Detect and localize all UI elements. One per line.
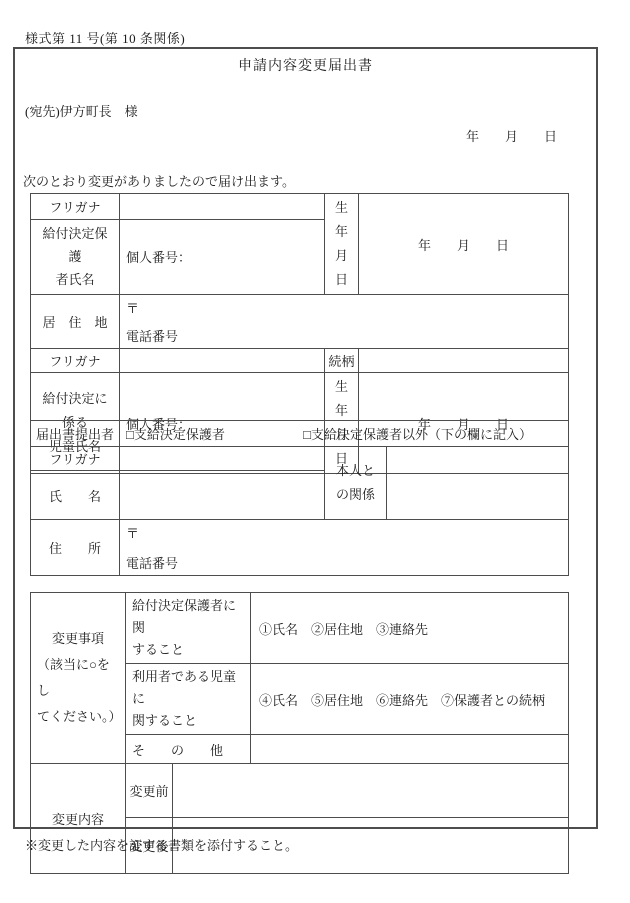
submitter-option-guardian: □支給決定保護者: [126, 427, 225, 442]
before-change-label: 変更前: [126, 764, 173, 818]
guardian-personal-number-cell: 個人番号：: [120, 219, 325, 295]
submitter-relation-label: 本人と の関係: [325, 447, 387, 520]
birthdate-label-line2: 月日: [331, 244, 352, 292]
form-number-label: 様式第 11 号(第 10 条関係): [25, 28, 185, 47]
child-furigana-label: フリガナ: [31, 349, 120, 373]
submitter-type-cell: □支給決定保護者 □支給決定保護者以外（下の欄に記入）: [120, 421, 569, 447]
change-items-label: 変更事項 （該当に○をし てください。）: [31, 593, 126, 764]
submitter-relation-label-line1: 本人と: [331, 459, 380, 483]
submitter-table: 届出書提出者 □支給決定保護者 □支給決定保護者以外（下の欄に記入） フリガナ …: [30, 420, 569, 576]
postal-mark: 〒: [126, 523, 562, 542]
guardian-birthdate-value-cell: 年 月 日: [359, 194, 569, 295]
guardian-name-label-line2: 者氏名: [37, 268, 113, 291]
change-items-label-line2: （該当に○をし: [37, 652, 119, 704]
attachment-footnote: ※変更した内容を証する書類を添付すること。: [25, 835, 298, 854]
guardian-change-label-line2: すること: [132, 639, 244, 661]
relation-label: 続柄: [325, 349, 359, 373]
guardian-furigana-input-cell: [120, 194, 325, 220]
submitter-address-input-cell: 〒 電話番号: [120, 520, 569, 576]
postal-mark: 〒: [126, 298, 562, 317]
change-content-label: 変更内容: [31, 764, 126, 874]
guardian-change-label-line1: 給付決定保護者に関: [132, 595, 244, 639]
before-change-input-cell: [173, 764, 569, 818]
birthdate-label-line1: 生年: [331, 196, 352, 244]
other-change-label: そ の 他: [126, 735, 251, 764]
checkbox-icon: □: [303, 427, 311, 442]
form-border-box: 申請内容変更届出書 (宛先)伊方町長 様 年 月 日 次のとおり変更がありました…: [13, 47, 598, 829]
submitter-row-label: 届出書提出者: [31, 421, 120, 447]
submitter-relation-input-cell: [387, 447, 569, 520]
submitter-option-other-label: 支給決定保護者以外（下の欄に記入）: [311, 427, 532, 442]
phone-label: 電話番号: [126, 326, 562, 345]
child-furigana-input-cell: [120, 349, 325, 373]
other-change-input-cell: [251, 735, 569, 764]
submitter-furigana-label: フリガナ: [31, 447, 120, 471]
child-change-label-line1: 利用者である児童に: [132, 666, 244, 710]
change-items-label-line3: てください。）: [37, 704, 119, 730]
submitter-furigana-input-cell: [120, 447, 325, 471]
submitter-name-label: 氏 名: [31, 471, 120, 520]
phone-label: 電話番号: [126, 553, 562, 572]
addressee-line: (宛先)伊方町長 様: [25, 101, 138, 120]
guardian-name-label-line1: 給付決定保護: [37, 222, 113, 268]
child-change-options: ④氏名 ⑤居住地 ⑥連絡先 ⑦保護者との続柄: [251, 664, 569, 735]
residence-label: 居 住 地: [31, 295, 120, 349]
child-change-label-line2: 関すること: [132, 710, 244, 732]
checkbox-icon: □: [126, 427, 134, 442]
change-table: 変更事項 （該当に○をし てください。） 給付決定保護者に関 すること ①氏名 …: [30, 592, 569, 874]
page-title: 申請内容変更届出書: [15, 55, 596, 75]
child-change-label: 利用者である児童に 関すること: [126, 664, 251, 735]
residence-input-cell: 〒 電話番号: [120, 295, 569, 349]
guardian-change-options: ①氏名 ②居住地 ③連絡先: [251, 593, 569, 664]
guardian-furigana-label: フリガナ: [31, 194, 120, 220]
guardian-birthdate-label: 生年 月日: [325, 194, 359, 295]
relation-input-cell: [359, 349, 569, 373]
change-items-label-line1: 変更事項: [37, 626, 119, 652]
submitter-name-input-cell: [120, 471, 325, 520]
guardian-change-label: 給付決定保護者に関 すること: [126, 593, 251, 664]
submitter-relation-label-line2: の関係: [331, 483, 380, 507]
submitter-option-other: □支給決定保護者以外（下の欄に記入）: [303, 424, 532, 443]
date-line: 年 月 日: [15, 126, 596, 145]
guardian-name-label: 給付決定保護 者氏名: [31, 219, 120, 295]
submitter-option-guardian-label: 支給決定保護者: [134, 427, 225, 442]
child-birthdate-label-line1: 生年: [331, 375, 352, 423]
intro-line: 次のとおり変更がありましたので届け出ます。: [23, 171, 295, 190]
submitter-address-label: 住 所: [31, 520, 120, 576]
